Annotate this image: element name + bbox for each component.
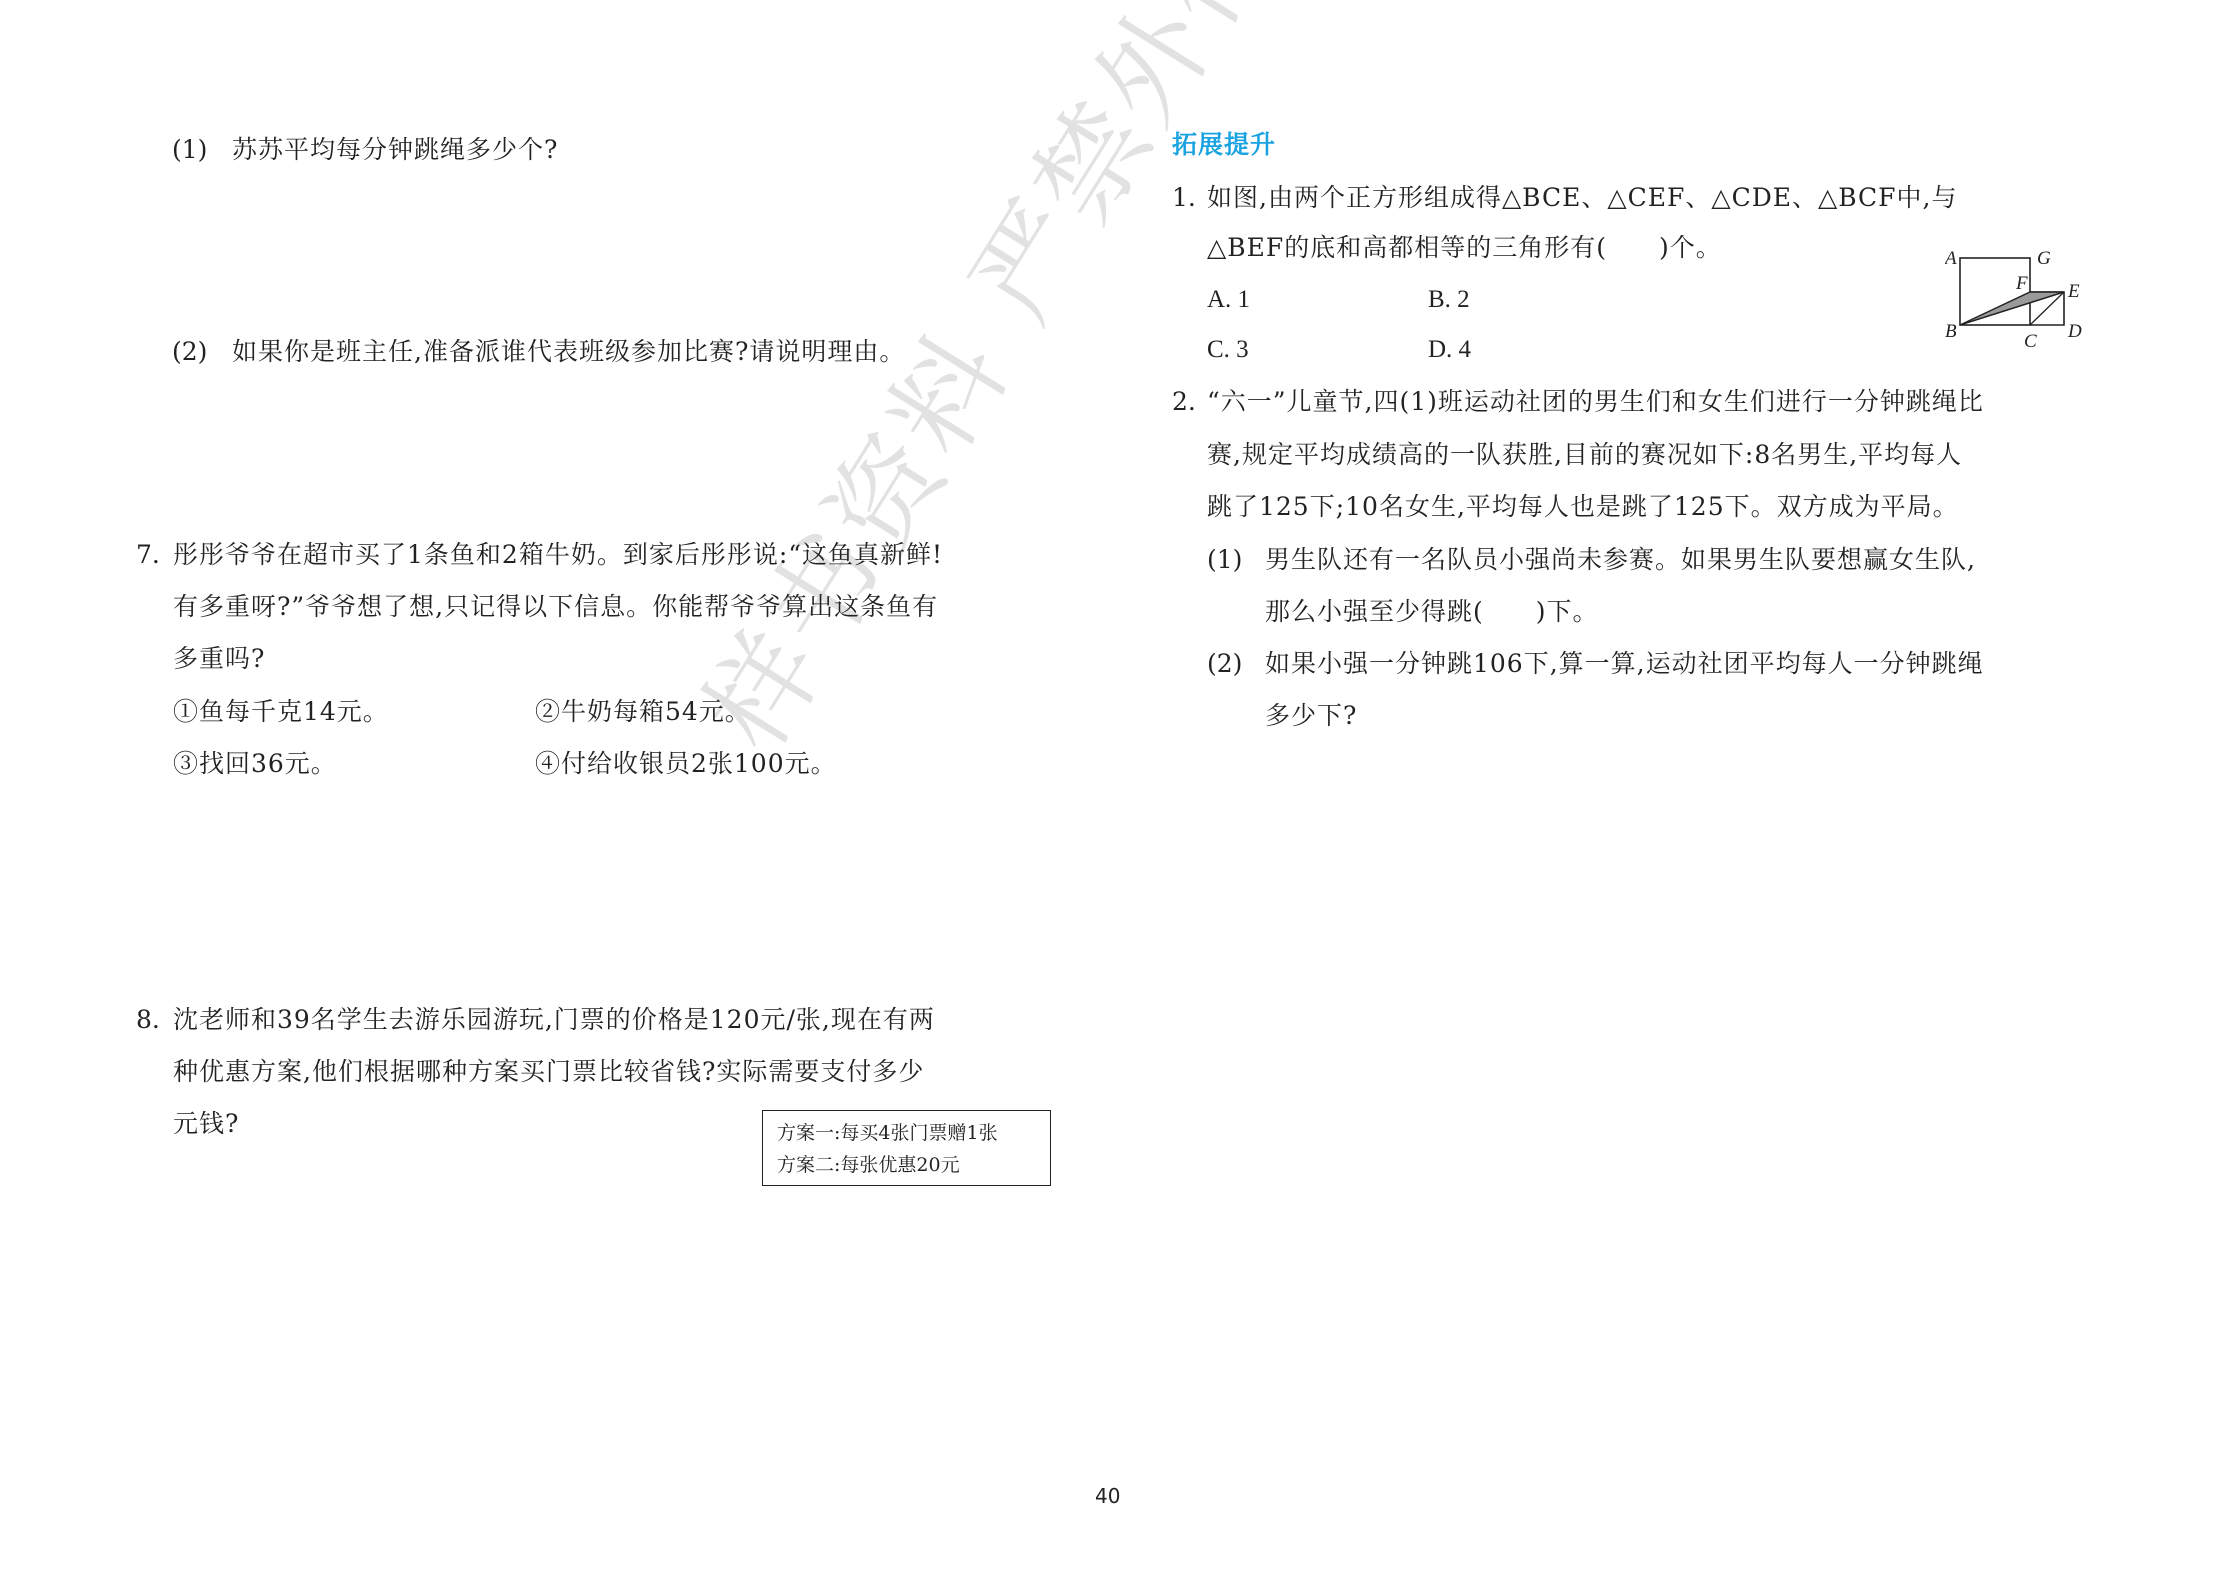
label-d: D (2067, 321, 2082, 342)
q7-info-1: ①鱼每千克14元。 (173, 696, 389, 728)
q7-info-2: ②牛奶每箱54元。 (535, 696, 751, 728)
q7-info-3: ③找回36元。 (173, 748, 337, 780)
q8-number: 8. (136, 1004, 160, 1036)
q7-line-2: 有多重呀?”爷爷想了想,只记得以下信息。你能帮爷爷算出这条鱼有 (173, 591, 938, 623)
q2-number: 2. (1172, 386, 1196, 418)
q2-sub2-label: (2) (1207, 648, 1242, 680)
q7-info-4: ④付给收银员2张100元。 (535, 748, 837, 780)
q6-sub2-text: 如果你是班主任,准备派谁代表班级参加比赛?请说明理由。 (232, 336, 905, 368)
label-f: F (2015, 273, 2028, 294)
q7-line-1: 彤彤爷爷在超市买了1条鱼和2箱牛奶。到家后彤彤说:“这鱼真新鲜! (173, 539, 943, 571)
plan-two: 方案二:每张优惠20元 (777, 1153, 960, 1177)
q6-sub2-label: (2) (172, 336, 207, 368)
q8-line-2: 种优惠方案,他们根据哪种方案买门票比较省钱?实际需要支付多少 (173, 1056, 924, 1088)
plan-one: 方案一:每买4张门票赠1张 (777, 1121, 998, 1145)
q1-option-b: B. 2 (1428, 284, 1470, 316)
q8-line-1: 沈老师和39名学生去游乐园游玩,门票的价格是120元/张,现在有两 (173, 1004, 935, 1036)
q2-sub1-line-1: 男生队还有一名队员小强尚未参赛。如果男生队要想赢女生队, (1265, 544, 1976, 576)
label-c: C (2024, 331, 2037, 352)
label-b: B (1945, 321, 1957, 342)
label-g: G (2037, 248, 2051, 269)
q2-sub1-line-2: 那么小强至少得跳( )下。 (1265, 596, 1599, 628)
q8-line-3: 元钱? (173, 1108, 239, 1140)
q7-number: 7. (136, 539, 160, 571)
q6-sub1-text: 苏苏平均每分钟跳绳多少个? (232, 134, 558, 166)
page-number: 40 (1095, 1484, 1120, 1508)
q6-sub1-label: (1) (172, 134, 207, 166)
q2-sub2-line-2: 多少下? (1265, 700, 1357, 732)
label-a: A (1945, 248, 1957, 269)
q1-number: 1. (1172, 182, 1196, 214)
q1-option-c: C. 3 (1207, 334, 1249, 366)
two-squares-figure: A G F E B C D (1945, 245, 2085, 355)
q1-option-a: A. 1 (1207, 284, 1250, 316)
label-e: E (2067, 281, 2080, 302)
section-title: 拓展提升 (1172, 129, 1276, 161)
q2-line-1: “六一”儿童节,四(1)班运动社团的男生们和女生们进行一分钟跳绳比 (1207, 386, 1984, 418)
q2-sub2-line-1: 如果小强一分钟跳106下,算一算,运动社团平均每人一分钟跳绳 (1265, 648, 1984, 680)
q1-line-1: 如图,由两个正方形组成得△BCE、△CEF、△CDE、△BCF中,与 (1207, 182, 1957, 214)
discount-plan-box: 方案一:每买4张门票赠1张 方案二:每张优惠20元 (762, 1110, 1051, 1186)
q1-option-d: D. 4 (1428, 334, 1471, 366)
q7-line-3: 多重吗? (173, 643, 265, 675)
q2-sub1-label: (1) (1207, 544, 1242, 576)
q2-line-2: 赛,规定平均成绩高的一队获胜,目前的赛况如下:8名男生,平均每人 (1207, 439, 1962, 471)
q2-line-3: 跳了125下;10名女生,平均每人也是跳了125下。双方成为平局。 (1207, 491, 1959, 523)
q1-line-2: △BEF的底和高都相等的三角形有( )个。 (1207, 232, 1722, 264)
